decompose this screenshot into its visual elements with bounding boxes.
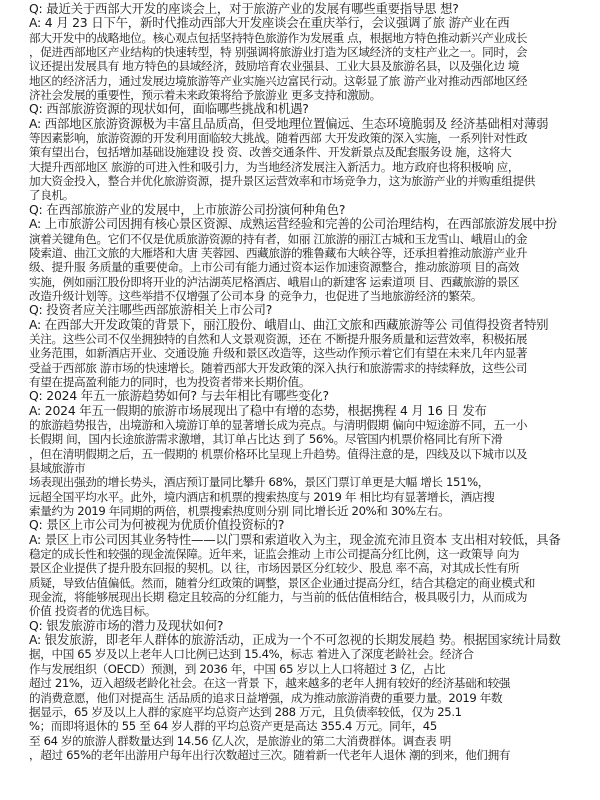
answer-line: 策有望出台，包括增加基础设施建设 投 资、改善交通条件、开发新景点及配套服务设 … bbox=[29, 145, 589, 159]
question-text: Q: 景区上市公司为何被视为优质价值投资标的? bbox=[29, 518, 589, 532]
answer-line: 部大开发中的战略地位。核心观点包括坚持特色旅游作为发展重 点，根据地方特色推动新… bbox=[29, 31, 589, 45]
question-text: Q: 西部旅游资源的现状如何，面临哪些挑战和机遇? bbox=[29, 102, 589, 116]
answer-line: 级、提升服 务质量的重要使命。上市公司有能力通过资本运作加速资源整合，推动旅游项… bbox=[29, 260, 589, 274]
answer-line: %；而即将退休的 55 至 64 岁人群的平均总资产更是高达 355.4 万元。… bbox=[29, 719, 589, 733]
answer-line: 景区企业提供了提升股东回报的契机。以 往，市场因景区分红较少、股息 率不高，对其… bbox=[29, 561, 589, 575]
answer-line: 地区的经济活力，通过发展边境旅游等产业实施兴边富民行动。这彰显了旅 游产业对推动… bbox=[29, 74, 589, 88]
qa-section-silver-tourism: Q: 银发旅游市场的潜力及现状如何? A: 银发旅游，即老年人群体的旅游活动，正… bbox=[29, 619, 589, 762]
answer-line: 价值 投资者的优选目标。 bbox=[29, 604, 589, 618]
answer-line: 改造升级计划等。这些举措不仅增强了公司本身 的竞争力，也促进了当地旅游经济的繁荣… bbox=[29, 289, 589, 303]
answer-line: 业务范围，如新酒店开业、交通设施 升级和景区改造等，这些动作预示着它们有望在未来… bbox=[29, 346, 589, 360]
answer-line: 长假期 间，国内长途旅游需求激增，其订单占比达 到了 56%。尽管国内机票价格同… bbox=[29, 432, 589, 446]
answer-line: 受益于西部旅 游市场的快速增长。随着西部大开发政策的深入执行和旅游需求的持续释放… bbox=[29, 361, 589, 375]
qa-section-investor-focus: Q: 投资者应关注哪些西部旅游相关上市公司? A: 在西部大开发政策的背景下，丽… bbox=[29, 303, 589, 389]
answer-line: 议还提出发展具有 地方特色的县域经济，鼓励培育农业强县、工业大县及旅游名县，以及… bbox=[29, 59, 589, 73]
answer-line: 演着关键角色。它们不仅是优质旅游资源的持有者，如丽 江旅游的丽江古城和玉龙雪山、… bbox=[29, 232, 589, 246]
answer-line: A: 在西部大开发政策的背景下，丽江股份、峨眉山、曲江文旅和西藏旅游等公 司值得… bbox=[29, 318, 589, 332]
answer-line: A: 上市旅游公司因拥有核心景区资源、成熟运营经验和完善的公司治理结构，在西部旅… bbox=[29, 217, 589, 231]
answer-line: 的旅游趋势报告，出境游和入境游订单的显著增长成为亮点。与清明假期 偏向中短途游不… bbox=[29, 418, 589, 432]
answer-line: 稳定的成长性和较强的现金流保障。近年来，证监会推动 上市公司提高分红比例，这一政… bbox=[29, 547, 589, 561]
answer-line: 大提升西部地区 旅游的可进入性和吸引力，为当地经济发展注入新活力。地方政府也将积… bbox=[29, 160, 589, 174]
qa-section-west-development-forum: Q: 最近关于西部大开发的座谈会上，对于旅游产业的发展有哪些重要指导思 想? A… bbox=[29, 2, 589, 102]
answer-line: 等因素影响，旅游资源的开发利用面临较大挑战。随着西部 大开发政策的深入实施，一系… bbox=[29, 131, 589, 145]
answer-line: 县域旅游市 bbox=[29, 461, 589, 475]
question-text: Q: 2024 年五一旅游趋势如何? 与去年相比有哪些变化? bbox=[29, 389, 589, 403]
answer-line: 了良机。 bbox=[29, 188, 589, 202]
answer-line: 质疑，导致估值偏低。然而，随着分红政策的调整，景区企业通过提高分红，结合其稳定的… bbox=[29, 576, 589, 590]
answer-line: 有望在提高盈利能力的同时，也为投资者带来长期价值。 bbox=[29, 375, 589, 389]
answer-line: A: 景区上市公司因其业务特性——以门票和索道收入为主，现金流充沛且资本 支出相… bbox=[29, 533, 589, 547]
answer-line: A: 银发旅游，即老年人群体的旅游活动，正成为一个不可忽视的长期发展趋 势。根据… bbox=[29, 633, 589, 647]
answer-line: 至 64 岁的旅游人群数量达到 14.56 亿人次，是旅游业的第二大消费群体。调… bbox=[29, 734, 589, 748]
question-text: Q: 银发旅游市场的潜力及现状如何? bbox=[29, 619, 589, 633]
answer-line: 索量约为 2019 年同期的两倍，机票搜索热度则分别 同比增长近 20%和 30… bbox=[29, 504, 589, 518]
answer-line: ，但在清明假期之后，五一假期的 机票价格环比呈现上升趋势。值得注意的是，四线及以… bbox=[29, 447, 589, 461]
answer-line: 加大资金投入，整合并优化旅游资源，提升景区运营效率和市场竞争力，这为旅游产业的并… bbox=[29, 174, 589, 188]
answer-line: ，超过 65%的老年出游用户每年出行次数超过三次。随着新一代老年人退休 潮的到来… bbox=[29, 748, 589, 762]
question-text: Q: 投资者应关注哪些西部旅游相关上市公司? bbox=[29, 303, 589, 317]
answer-line: 远超全国平均水平。此外，境内酒店和机票的搜索热度与 2019 年 相比均有显著增… bbox=[29, 490, 589, 504]
answer-line: 陵索道、曲江文旅的大雁塔和大唐 芙蓉园、西藏旅游的雅鲁藏布大峡谷等，还承担着推动… bbox=[29, 246, 589, 260]
qa-section-may-day-trends: Q: 2024 年五一旅游趋势如何? 与去年相比有哪些变化? A: 2024 年… bbox=[29, 389, 589, 518]
answer-line: A: 2024 年五一假期的旅游市场展现出了稳中有增的态势，根据携程 4 月 1… bbox=[29, 404, 589, 418]
answer-line: 据显示，65 岁及以上人群的家庭平均总资产达到 288 万元，且负债率较低，仅为… bbox=[29, 705, 589, 719]
answer-line: A: 西部地区旅游资源极为丰富且品质高，但受地理位置偏远、生态环境脆弱及 经济基… bbox=[29, 117, 589, 131]
qa-document: Q: 最近关于西部大开发的座谈会上，对于旅游产业的发展有哪些重要指导思 想? A… bbox=[29, 2, 589, 762]
answer-line: 关注。这些公司不仅坐拥独特的自然和人文景观资源，还在 不断提升服务质量和运营效率… bbox=[29, 332, 589, 346]
answer-line: 的消费意愿，他们对提高生 活品质的追求日益增强，成为推动旅游消费的重要力量。20… bbox=[29, 691, 589, 705]
answer-line: 超过 21%，迈入超级老龄化社会。在这一背景 下，越来越多的老年人拥有较好的经济… bbox=[29, 676, 589, 690]
answer-line: 作与发展组织（OECD）预测，到 2036 年，中国 65 岁以上人口将超过 3… bbox=[29, 662, 589, 676]
answer-line: 现金流，将能够展现出长期 稳定且较高的分红能力，与当前的低估值相结合，极具吸引力… bbox=[29, 590, 589, 604]
qa-section-listed-company-role: Q: 在西部旅游产业的发展中，上市旅游公司扮演何种角色? A: 上市旅游公司因拥… bbox=[29, 203, 589, 303]
answer-line: 场表现出强劲的增长势头，酒店预订量同比攀升 68%，景区门票订单更是大幅 增长 … bbox=[29, 475, 589, 489]
answer-line: A: 4 月 23 日下午，新时代推动西部大开发座谈会在重庆举行，会议强调了旅 … bbox=[29, 16, 589, 30]
answer-line: ，促进西部地区产业结构的快速转型，特 别强调将旅游业打造为区域经济的支柱产业之一… bbox=[29, 45, 589, 59]
answer-line: 据，中国 65 岁及以上老年人口比例已达到 15.4%，标志 着进入了深度老龄社… bbox=[29, 647, 589, 661]
question-text: Q: 最近关于西部大开发的座谈会上，对于旅游产业的发展有哪些重要指导思 想? bbox=[29, 2, 589, 16]
qa-section-west-tourism-resources: Q: 西部旅游资源的现状如何，面临哪些挑战和机遇? A: 西部地区旅游资源极为丰… bbox=[29, 102, 589, 202]
question-text: Q: 在西部旅游产业的发展中，上市旅游公司扮演何种角色? bbox=[29, 203, 589, 217]
qa-section-scenic-value-investment: Q: 景区上市公司为何被视为优质价值投资标的? A: 景区上市公司因其业务特性—… bbox=[29, 518, 589, 618]
answer-line: 济社会发展的重要性，预示着未来政策将给予旅游业 更多支持和激励。 bbox=[29, 88, 589, 102]
answer-line: 实施，例如丽江股份即将开业的泸沽湖英尼格酒店、峨眉山的新建客 运索道项 目、西藏… bbox=[29, 275, 589, 289]
